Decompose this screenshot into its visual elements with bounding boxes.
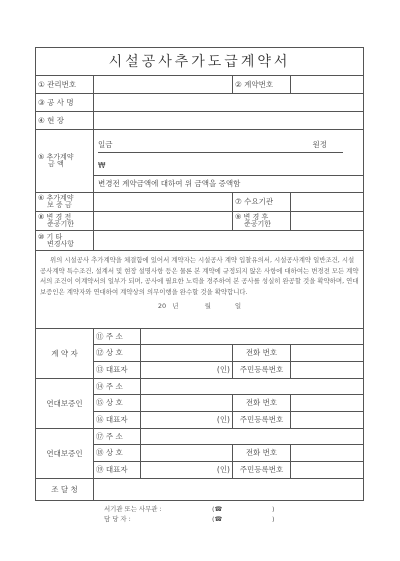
- party-role-guarantor-2: 연대보증인: [36, 429, 94, 479]
- date-month-label: 월: [205, 301, 211, 312]
- won-currency-icon: ₩: [98, 161, 105, 170]
- party-phone-field[interactable]: [291, 395, 364, 412]
- party-representative-label: ⑲ 대표자: [94, 462, 141, 479]
- party-company-field[interactable]: [141, 395, 233, 412]
- date-line: 20 년 월 일: [40, 301, 359, 312]
- after-completion-field[interactable]: [291, 212, 364, 231]
- party-phone-field[interactable]: [291, 345, 364, 362]
- phone-icon: (☎: [212, 504, 272, 514]
- party-company-field[interactable]: [141, 445, 233, 462]
- clerk-contact-row: 서기관 또는 사무관 : (☎ ): [104, 504, 275, 514]
- contract-table: 시설공사추가도급계약서 ① 관리번호 ② 계약번호 ③ 공 사 명 ④ 현 장 …: [35, 47, 364, 501]
- other-changes-label: ⑩ 기 타 변경사항: [36, 231, 94, 251]
- additional-deposit-label: ⑥ 추가계약 보 증 금: [36, 193, 94, 212]
- seal-mark: (인): [217, 365, 230, 374]
- amount-suffix: 원정: [313, 141, 328, 149]
- footer-contacts: 서기관 또는 사무관 : (☎ ) 담 당 자 : (☎ ): [104, 504, 275, 524]
- phone-close: ): [272, 514, 275, 524]
- site-label: ④ 현 장: [36, 112, 94, 130]
- agreement-section: 위의 시설공사 추가계약을 체결함에 있어서 계약자는 시설공사 계약 입찰유의…: [36, 251, 364, 329]
- amount-prefix: 일금: [98, 141, 113, 149]
- party-address-label: ⑰ 주 소: [94, 429, 141, 445]
- party-representative-label: ⑯ 대표자: [94, 412, 141, 429]
- date-year-label: 년: [172, 301, 178, 312]
- management-no-label: ① 관리번호: [36, 76, 94, 94]
- additional-deposit-label-line2: 보 증 금: [38, 202, 91, 209]
- party-id-label: 주민등록번호: [233, 462, 291, 479]
- party-id-field[interactable]: [291, 362, 364, 379]
- contract-form: 시설공사추가도급계약서 ① 관리번호 ② 계약번호 ③ 공 사 명 ④ 현 장 …: [35, 47, 363, 501]
- agreement-text: 위의 시설공사 추가계약을 체결함에 있어서 계약자는 시설공사 계약 입찰유의…: [40, 255, 359, 297]
- party-role-contractor: 계 약 자: [36, 329, 94, 379]
- party-id-label: 주민등록번호: [233, 412, 291, 429]
- party-company-label: ⑱ 상 호: [94, 445, 141, 462]
- before-completion-label-line2: 준공기한: [38, 221, 91, 228]
- site-field[interactable]: [94, 112, 364, 130]
- party-role-guarantor-1: 연대보증인: [36, 379, 94, 429]
- project-name-field[interactable]: [94, 94, 364, 112]
- procurement-field[interactable]: [94, 479, 364, 501]
- party-representative-field[interactable]: (인): [141, 362, 233, 379]
- manager-label: 담 당 자 :: [104, 514, 212, 524]
- contract-no-label: ② 계약번호: [233, 76, 291, 94]
- additional-amount-label-line1: ⑤ 추가계약: [38, 154, 91, 161]
- after-completion-label-line2: 준공기한: [235, 221, 288, 228]
- management-no-field[interactable]: [94, 76, 233, 94]
- other-changes-field[interactable]: [94, 231, 364, 251]
- document-title: 시설공사추가도급계약서: [36, 48, 364, 76]
- party-id-field[interactable]: [291, 462, 364, 479]
- party-phone-field[interactable]: [291, 445, 364, 462]
- phone-close: ): [272, 504, 275, 514]
- party-address-label: ⑭ 주 소: [94, 379, 141, 395]
- date-day-label: 일: [235, 301, 241, 312]
- additional-amount-label-line2: 금 액: [38, 161, 91, 168]
- amount-numeric-field[interactable]: ₩: [94, 158, 364, 176]
- seal-mark: (인): [217, 415, 230, 424]
- amount-note: 변경전 계약금액에 대하여 위 금액을 증액함: [94, 176, 364, 193]
- clerk-label: 서기관 또는 사무관 :: [104, 504, 212, 514]
- before-completion-label: ⑧ 변 경 전 준공기한: [36, 212, 94, 231]
- phone-icon: (☎: [212, 514, 272, 524]
- party-representative-field[interactable]: (인): [141, 412, 233, 429]
- after-completion-label: ⑨ 변 경 후 준공기한: [233, 212, 291, 231]
- party-representative-label: ⑬ 대표자: [94, 362, 141, 379]
- party-id-field[interactable]: [291, 412, 364, 429]
- contract-no-field[interactable]: [291, 76, 364, 94]
- date-year-prefix: 20: [158, 301, 166, 312]
- party-id-label: 주민등록번호: [233, 362, 291, 379]
- manager-contact-row: 담 당 자 : (☎ ): [104, 514, 275, 524]
- party-company-label: ⑮ 상 호: [94, 395, 141, 412]
- procurement-label: 조 달 청: [36, 479, 94, 501]
- additional-amount-label: ⑤ 추가계약 금 액: [36, 130, 94, 193]
- party-address-field[interactable]: [141, 379, 364, 395]
- party-representative-field[interactable]: (인): [141, 462, 233, 479]
- party-address-label: ⑪ 주 소: [94, 329, 141, 345]
- party-address-field[interactable]: [141, 429, 364, 445]
- party-phone-label: 전화 번호: [233, 395, 291, 412]
- seal-mark: (인): [217, 465, 230, 474]
- demand-agency-label: ⑦ 수요기관: [233, 193, 291, 212]
- party-company-field[interactable]: [141, 345, 233, 362]
- party-phone-label: 전화 번호: [233, 345, 291, 362]
- party-address-field[interactable]: [141, 329, 364, 345]
- amount-korean-field[interactable]: 일금 원정: [94, 130, 364, 158]
- project-name-label: ③ 공 사 명: [36, 94, 94, 112]
- party-phone-label: 전화 번호: [233, 445, 291, 462]
- additional-deposit-field[interactable]: [94, 193, 233, 212]
- party-company-label: ⑫ 상 호: [94, 345, 141, 362]
- other-changes-label-line2: 변경사항: [38, 241, 91, 248]
- before-completion-field[interactable]: [94, 212, 233, 231]
- demand-agency-field[interactable]: [291, 193, 364, 212]
